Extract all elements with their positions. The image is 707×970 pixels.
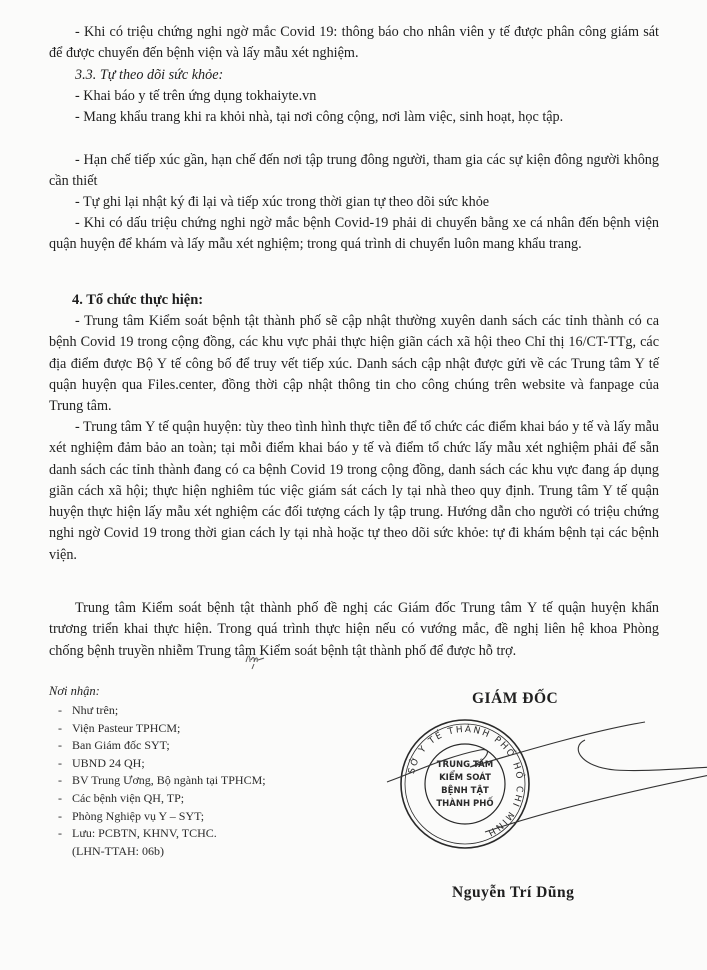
- initials-mark-icon: [244, 648, 266, 670]
- stamp-line-3: BỆNH TẬT: [441, 785, 489, 796]
- document-page: - Khi có triệu chứng nghi ngờ mắc Covid …: [0, 0, 707, 970]
- recipient-item: Lưu: PCBTN, KHNV, TCHC.: [58, 825, 266, 843]
- recipient-item: Phòng Nghiệp vụ Y – SYT;: [58, 808, 266, 826]
- self-monitor-item-1: - Khai báo y tế trên ứng dụng tokhaiyte.…: [49, 86, 659, 107]
- self-monitor-item-2: - Mang khẩu trang khi ra khỏi nhà, tại n…: [49, 107, 659, 128]
- stamp-line-2: KIỂM SOÁT: [439, 770, 491, 783]
- recipient-item-continuation: (LHN-TTAH: 06b): [58, 843, 266, 861]
- director-title: GIÁM ĐỐC: [472, 690, 558, 708]
- symptom-notice-paragraph: - Khi có triệu chứng nghi ngờ mắc Covid …: [49, 22, 659, 65]
- implementation-paragraph-2: - Trung tâm Y tế quận huyện: tùy theo tì…: [49, 417, 659, 566]
- recipient-item: BV Trung Ương, Bộ ngành tại TPHCM;: [58, 772, 266, 790]
- recipient-item: UBND 24 QH;: [58, 755, 266, 773]
- recipients-list: Như trên; Viện Pasteur TPHCM; Ban Giám đ…: [58, 702, 266, 860]
- section-4-title: 4. Tổ chức thực hiện:: [72, 290, 203, 311]
- recipient-item: Các bệnh viện QH, TP;: [58, 790, 266, 808]
- recipient-item: Ban Giám đốc SYT;: [58, 737, 266, 755]
- self-monitor-item-4: - Tự ghi lại nhật ký đi lại và tiếp xúc …: [49, 192, 659, 213]
- self-monitor-item-5: - Khi có dấu triệu chứng nghi ngờ mắc bệ…: [49, 213, 659, 256]
- recipient-item: Viện Pasteur TPHCM;: [58, 720, 266, 738]
- signer-name: Nguyễn Trí Dũng: [452, 884, 574, 902]
- recipient-item: Như trên;: [58, 702, 266, 720]
- closing-paragraph: Trung tâm Kiểm soát bệnh tật thành phố đ…: [49, 598, 659, 662]
- official-stamp-icon: SỞ Y TẾ THÀNH PHỐ HỒ CHÍ MINH TRUNG TÂM …: [385, 712, 707, 862]
- implementation-paragraph-1: - Trung tâm Kiểm soát bệnh tật thành phố…: [49, 311, 659, 417]
- recipients-title: Nơi nhận:: [49, 684, 100, 699]
- self-monitor-item-3: - Hạn chế tiếp xúc gần, hạn chế đến nơi …: [49, 150, 659, 193]
- section-3-3-title: 3.3. Tự theo dõi sức khỏe:: [75, 65, 223, 86]
- stamp-line-4: THÀNH PHỐ: [436, 796, 493, 809]
